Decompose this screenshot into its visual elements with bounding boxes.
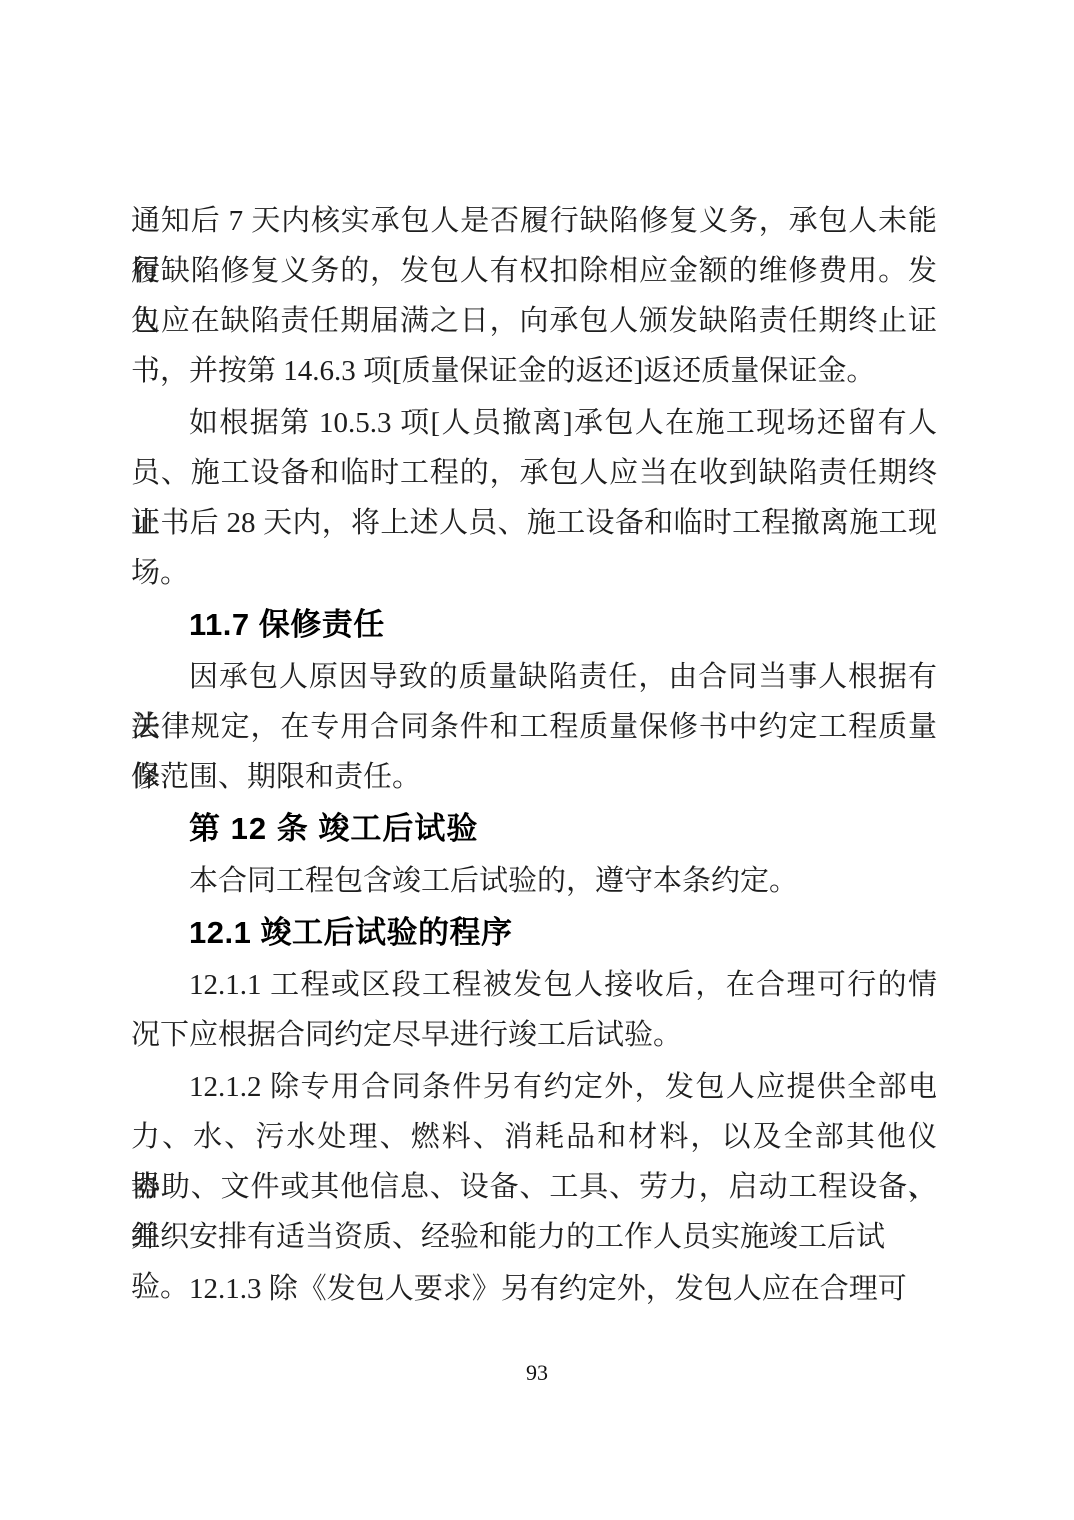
paragraph-line: 书，并按第 14.6.3 项[质量保证金的返还]返还质量保证金。 [131,346,937,396]
paragraph-line: 况下应根据合同约定尽早进行竣工后试验。 [131,1010,937,1060]
paragraph-line: 员、施工设备和临时工程的，承包人应当在收到缺陷责任期终止 [131,448,937,498]
paragraph-line: 如根据第 10.5.3 项[人员撤离]承包人在施工现场还留有人 [131,398,937,448]
paragraph-line: 本合同工程包含竣工后试验的，遵守本条约定。 [131,856,937,906]
paragraph-line: 12.1.1 工程或区段工程被发包人接收后，在合理可行的情 [131,960,937,1010]
paragraph-line: 因承包人原因导致的质量缺陷责任，由合同当事人根据有关 [131,652,937,702]
subsection-heading: 12.1 竣工后试验的程序 [131,908,937,958]
heading-text: 第 12 条 竣工后试验 [131,804,937,854]
paragraph: 12.1.2 除专用合同条件另有约定外，发包人应提供全部电力、水、污水处理、燃料… [131,1062,937,1262]
paragraph-line: 12.1.2 除专用合同条件另有约定外，发包人应提供全部电 [131,1062,937,1112]
paragraph-line: 场。 [131,548,937,598]
paragraph-line: 组织安排有适当资质、经验和能力的工作人员实施竣工后试验。 [131,1212,937,1262]
paragraph-line: 人应在缺陷责任期届满之日，向承包人颁发缺陷责任期终止证 [131,296,937,346]
paragraph-line: 行缺陷修复义务的，发包人有权扣除相应金额的维修费用。发包 [131,246,937,296]
paragraph-line: 修范围、期限和责任。 [131,752,937,802]
paragraph: 通知后 7 天内核实承包人是否履行缺陷修复义务，承包人未能履行缺陷修复义务的，发… [131,196,937,396]
paragraph-line: 法律规定，在专用合同条件和工程质量保修书中约定工程质量保 [131,702,937,752]
paragraph: 本合同工程包含竣工后试验的，遵守本条约定。 [131,856,937,906]
page-number: 93 [0,1360,1074,1386]
paragraph: 12.1.3 除《发包人要求》另有约定外，发包人应在合理可 [131,1264,937,1314]
paragraph-line: 证书后 28 天内，将上述人员、施工设备和临时工程撤离施工现 [131,498,937,548]
document-body: 通知后 7 天内核实承包人是否履行缺陷修复义务，承包人未能履行缺陷修复义务的，发… [131,196,937,1316]
paragraph: 12.1.1 工程或区段工程被发包人接收后，在合理可行的情况下应根据合同约定尽早… [131,960,937,1060]
paragraph: 如根据第 10.5.3 项[人员撤离]承包人在施工现场还留有人员、施工设备和临时… [131,398,937,598]
subsection-heading: 11.7 保修责任 [131,600,937,650]
paragraph-line: 力、水、污水处理、燃料、消耗品和材料，以及全部其他仪器、 [131,1112,937,1162]
heading-text: 12.1 竣工后试验的程序 [131,908,937,958]
paragraph-line: 通知后 7 天内核实承包人是否履行缺陷修复义务，承包人未能履 [131,196,937,246]
section-heading: 第 12 条 竣工后试验 [131,804,937,854]
paragraph: 因承包人原因导致的质量缺陷责任，由合同当事人根据有关法律规定，在专用合同条件和工… [131,652,937,802]
paragraph-line: 12.1.3 除《发包人要求》另有约定外，发包人应在合理可 [131,1264,937,1314]
paragraph-line: 协助、文件或其他信息、设备、工具、劳力，启动工程设备，并 [131,1162,937,1212]
document-page: 通知后 7 天内核实承包人是否履行缺陷修复义务，承包人未能履行缺陷修复义务的，发… [0,0,1074,1520]
heading-text: 11.7 保修责任 [131,600,937,650]
